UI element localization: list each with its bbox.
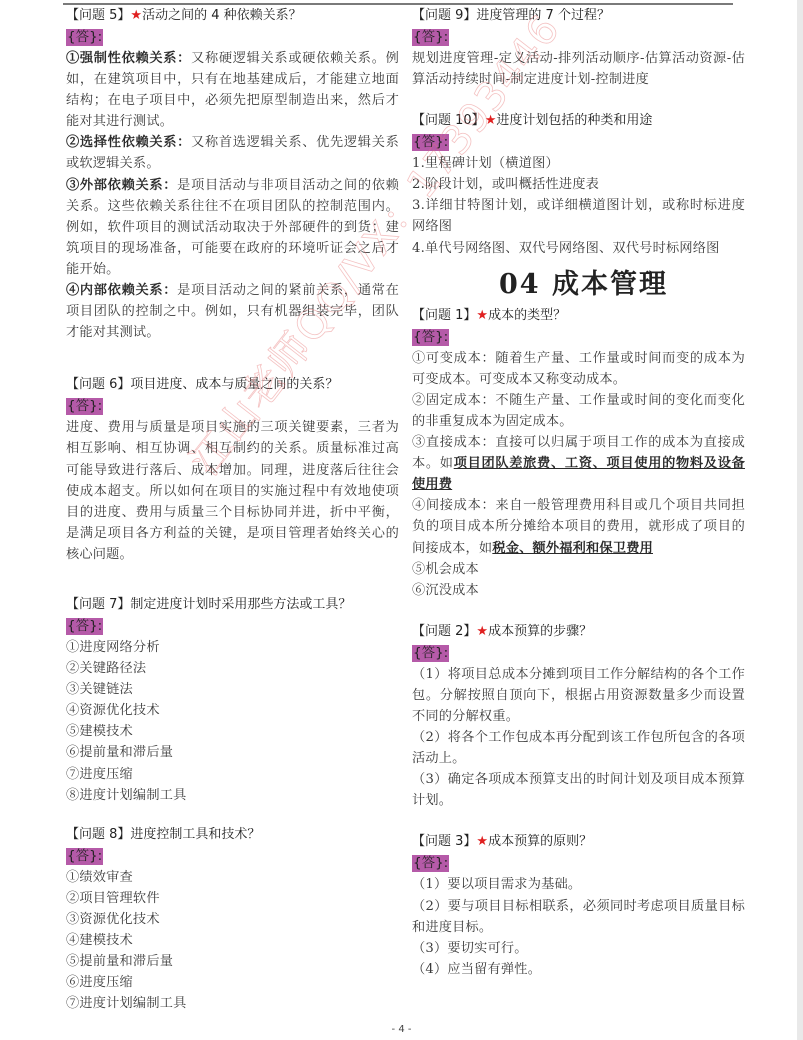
answer-tag: {答}: xyxy=(66,618,103,635)
question-heading: 【问题 2】★成本预算的步骤？ xyxy=(412,621,745,642)
question-heading: 【问题 9】进度管理的 7 个过程？ xyxy=(412,5,745,26)
list-item: （1）要以项目需求为基础。 xyxy=(412,874,745,895)
list-item: （1）将项目总成本分摊到项目工作分解结构的各个工作包。分解按照自顶向下，根据占用… xyxy=(412,664,745,727)
question-title: 活动之间的 4 种依赖关系？ xyxy=(142,8,302,23)
item-heading: ①强制性依赖关系： xyxy=(66,51,191,66)
page-number: - 4 - xyxy=(0,1024,803,1035)
question-heading: 【问题 7】制定进度计划时采用那些方法或工具？ xyxy=(66,594,399,615)
question-title: 制定进度计划时采用那些方法或工具？ xyxy=(130,597,351,612)
list-item: ⑥提前量和滞后量 xyxy=(66,742,399,763)
star-icon: ★ xyxy=(485,113,497,128)
list-item: ②关键路径法 xyxy=(66,658,399,679)
list-item: ①绩效审查 xyxy=(66,867,399,888)
list-item: （3）要切实可行。 xyxy=(412,938,745,959)
question-label: 【问题 2】 xyxy=(412,624,476,639)
answer-tag: {答}: xyxy=(66,29,103,46)
emphasis-text: 税金、额外福利和保卫费用 xyxy=(492,541,653,556)
question-title: 进度计划包括的种类和用途 xyxy=(496,113,652,128)
list-item: ③资源优化技术 xyxy=(66,909,399,930)
answer-item: ①强制性依赖关系：又称硬逻辑关系或硬依赖关系。例如，在建筑项目中，只有在地基建成… xyxy=(66,48,399,132)
list-item: ⑦进度计划编制工具 xyxy=(66,993,399,1014)
question-heading: 【问题 10】★进度计划包括的种类和用途 xyxy=(412,110,745,131)
list-item: ⑤建模技术 xyxy=(66,721,399,742)
question-title: 进度管理的 7 个过程？ xyxy=(476,8,610,23)
question-heading: 【问题 3】★成本预算的原则？ xyxy=(412,831,745,852)
question-heading: 【问题 8】进度控制工具和技术？ xyxy=(66,824,399,845)
list-item: （3）确定各项成本预算支出的时间计划及项目成本预算计划。 xyxy=(412,769,745,811)
list-item: （2）将各个工作包成本再分配到该工作包所包含的各项活动上。 xyxy=(412,727,745,769)
list-item: 1.里程碑计划（横道图） xyxy=(412,153,745,174)
answer-tag: {答}: xyxy=(412,329,449,346)
answer-item: ⑤机会成本 xyxy=(412,559,745,580)
star-icon: ★ xyxy=(476,624,488,639)
list-item: （4）应当留有弹性。 xyxy=(412,959,745,980)
list-item: ⑤提前量和滞后量 xyxy=(66,951,399,972)
question-label: 【问题 7】 xyxy=(66,597,130,612)
answer-text: 规划进度管理-定义活动-排列活动顺序-估算活动资源-估算活动持续时间-制定进度计… xyxy=(412,48,745,90)
question-label: 【问题 3】 xyxy=(412,834,476,849)
question-title: 项目进度、成本与质量之间的关系？ xyxy=(130,377,338,392)
question-heading: 【问题 6】项目进度、成本与质量之间的关系？ xyxy=(66,374,399,395)
question-title: 成本预算的原则？ xyxy=(488,834,592,849)
question-label: 【问题 10】 xyxy=(412,113,485,128)
question-title: 进度控制工具和技术？ xyxy=(130,827,260,842)
answer-item: ②固定成本：不随生产量、工作量或时间的变化而变化的非重复成本为固定成本。 xyxy=(412,390,745,432)
answer-item: ①可变成本：随着生产量、工作量或时间而变的成本为可变成本。可变成本又称变动成本。 xyxy=(412,348,745,390)
list-item: ⑥进度压缩 xyxy=(66,972,399,993)
answer-item: ④间接成本：来自一般管理费用科目或几个项目共同担负的项目成本所分摊给本项目的费用… xyxy=(412,495,745,558)
list-item: ⑦进度压缩 xyxy=(66,764,399,785)
list-item: ⑧进度计划编制工具 xyxy=(66,785,399,806)
item-heading: ②选择性依赖关系： xyxy=(66,135,191,150)
question-label: 【问题 1】 xyxy=(412,308,476,323)
question-label: 【问题 9】 xyxy=(412,8,476,23)
list-item: （2）要与项目目标相联系，必须同时考虑项目质量目标和进度目标。 xyxy=(412,896,745,938)
list-item: 2.阶段计划，或叫概括性进度表 xyxy=(412,174,745,195)
emphasis-text: 项目团队差旅费、工资、项目使用的物料及设备使用费 xyxy=(412,456,745,492)
question-label: 【问题 5】 xyxy=(66,8,130,23)
question-heading: 【问题 1】★成本的类型？ xyxy=(412,305,745,326)
answer-tag: {答}: xyxy=(66,848,103,865)
section-title: 04 成本管理 xyxy=(422,265,745,305)
answer-item: ④内部依赖关系：是项目活动之间的紧前关系，通常在项目团队的控制之中。例如，只有机… xyxy=(66,280,399,343)
star-icon: ★ xyxy=(476,834,488,849)
answer-tag: {答}: xyxy=(66,398,103,415)
list-item: ①进度网络分析 xyxy=(66,637,399,658)
answer-text: 进度、费用与质量是项目实施的三项关键要素，三者为相互影响、相互协调、相互制约的关… xyxy=(66,417,399,565)
answer-item: ③外部依赖关系：是项目活动与非项目活动之间的依赖关系。这些依赖关系往往不在项目团… xyxy=(66,175,399,280)
list-item: ④资源优化技术 xyxy=(66,700,399,721)
answer-item: ②选择性依赖关系：又称首选逻辑关系、优先逻辑关系或软逻辑关系。 xyxy=(66,132,399,174)
answer-tag: {答}: xyxy=(412,645,449,662)
item-heading: ③外部依赖关系： xyxy=(66,178,177,193)
item-heading: ④内部依赖关系： xyxy=(66,283,177,298)
list-item: ④建模技术 xyxy=(66,930,399,951)
right-column: 【问题 9】进度管理的 7 个过程？ {答}: 规划进度管理-定义活动-排列活动… xyxy=(412,5,745,980)
question-title: 成本的类型？ xyxy=(488,308,566,323)
list-item: ②项目管理软件 xyxy=(66,888,399,909)
answer-tag: {答}: xyxy=(412,134,449,151)
question-label: 【问题 8】 xyxy=(66,827,130,842)
left-column: 【问题 5】★活动之间的 4 种依赖关系？ {答}: ①强制性依赖关系：又称硬逻… xyxy=(66,5,399,1014)
list-item: 3.详细甘特图计划，或详细横道图计划，或称时标进度网络图 xyxy=(412,195,745,237)
list-item: ③关键链法 xyxy=(66,679,399,700)
list-item: 4.单代号网络图、双代号网络图、双代号时标网络图 xyxy=(412,238,745,259)
answer-item: ③直接成本：直接可以归属于项目工作的成本为直接成本。如项目团队差旅费、工资、项目… xyxy=(412,432,745,495)
star-icon: ★ xyxy=(476,308,488,323)
answer-item: ⑥沉没成本 xyxy=(412,580,745,601)
page-edge xyxy=(797,0,803,1040)
star-icon: ★ xyxy=(130,8,142,23)
question-label: 【问题 6】 xyxy=(66,377,130,392)
question-heading: 【问题 5】★活动之间的 4 种依赖关系？ xyxy=(66,5,399,26)
answer-tag: {答}: xyxy=(412,29,449,46)
answer-tag: {答}: xyxy=(412,855,449,872)
question-title: 成本预算的步骤？ xyxy=(488,624,592,639)
